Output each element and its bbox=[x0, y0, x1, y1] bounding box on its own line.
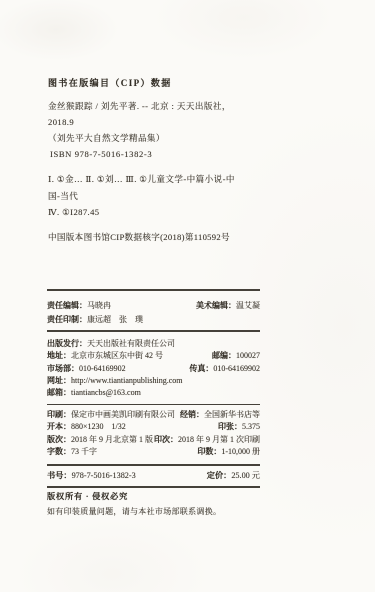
copyright-section: 版权所有 · 侵权必究 如有印装质量问题，请与本社市场部联系调换。 bbox=[47, 491, 260, 517]
printer-row: 印刷：保定市中画美凯印刷有限公司 经销：全国新华书店等 bbox=[47, 409, 260, 421]
cip-year-line: 2018.9 bbox=[48, 115, 266, 131]
email-label: 邮箱： bbox=[47, 388, 71, 397]
edition-row: 版次：2018 年 9 月北京第 1 版 印次：2018 年 9 月第 1 次印… bbox=[47, 434, 260, 446]
booknumber-row: 书号：978-7-5016-1382-3 定价：25.00 元 bbox=[47, 470, 260, 481]
publisher-value: 天天出版社有限责任公司 bbox=[87, 339, 175, 348]
cip-header: 图书在版编目（CIP）数据 bbox=[48, 76, 172, 89]
cip-register-number: 中国版本图书馆CIP数据核字(2018)第110592号 bbox=[48, 231, 266, 243]
format-label: 开本： bbox=[47, 422, 71, 431]
address-row: 地址：北京市东城区东中街 42 号 邮编：100027 bbox=[47, 350, 260, 362]
distributor-field: 经销：全国新华书店等 bbox=[180, 409, 260, 421]
wordcount-label: 字数： bbox=[47, 447, 71, 456]
printer-value: 保定市中画美凯印刷有限公司 bbox=[71, 410, 175, 419]
printing-section: 印刷：保定市中画美凯印刷有限公司 经销：全国新华书店等 开本：880×1230 … bbox=[47, 409, 260, 459]
cip-entry: 金丝猴跟踪 / 刘先平著. -- 北京 : 天天出版社， 2018.9 （刘先平… bbox=[48, 99, 266, 163]
printer-field: 印刷：保定市中画美凯印刷有限公司 bbox=[47, 409, 175, 421]
edition-field: 版次：2018 年 9 月北京第 1 版 bbox=[47, 434, 153, 446]
wordcount-value: 73 千字 bbox=[71, 447, 97, 456]
impression-field: 印次：2018 年 9 月第 1 次印刷 bbox=[154, 434, 260, 446]
publisher-field: 出版发行：天天出版社有限责任公司 bbox=[47, 338, 175, 350]
wordcount-row: 字数：73 千字 印数：1-10,000 册 bbox=[47, 446, 260, 458]
responsible-editor: 责任编辑：马晓冉 bbox=[47, 299, 111, 313]
marketing-phone-field: 市场部：010-64169902 bbox=[47, 363, 126, 375]
cip-class-line-2: 国-当代 bbox=[48, 188, 266, 205]
postcode-label: 邮编： bbox=[212, 351, 236, 360]
address-field: 地址：北京市东城区东中街 42 号 bbox=[47, 350, 163, 362]
booknumber-section: 书号：978-7-5016-1382-3 定价：25.00 元 bbox=[47, 470, 260, 481]
distributor-value: 全国新华书店等 bbox=[204, 410, 260, 419]
printer-label: 印刷： bbox=[47, 410, 71, 419]
divider bbox=[47, 330, 260, 332]
copyright-notice: 版权所有 · 侵权必究 bbox=[47, 491, 260, 502]
print-supervisor: 责任印制：康远超 张 璞 bbox=[47, 313, 143, 327]
publisher-row: 出版发行：天天出版社有限责任公司 bbox=[47, 338, 260, 350]
printrun-value: 1-10,000 册 bbox=[221, 447, 260, 456]
price-value: 25.00 元 bbox=[231, 471, 260, 480]
marketing-phone-value: 010-64169902 bbox=[79, 364, 126, 373]
postcode-value: 100027 bbox=[236, 351, 260, 360]
email-row: 邮箱：tiantiancbs@163.com bbox=[47, 387, 260, 399]
postcode-field: 邮编：100027 bbox=[212, 350, 260, 362]
fax-value: 010-64169902 bbox=[213, 364, 260, 373]
website-label: 网址： bbox=[47, 376, 71, 385]
distributor-label: 经销： bbox=[180, 410, 204, 419]
printrun-field: 印数：1-10,000 册 bbox=[197, 446, 260, 458]
sheets-value: 5.375 bbox=[242, 422, 260, 431]
format-value: 880×1230 1/32 bbox=[71, 422, 126, 431]
price-label: 定价： bbox=[207, 471, 232, 480]
edition-value: 2018 年 9 月北京第 1 版 bbox=[71, 435, 153, 444]
art-editor-label: 美术编辑： bbox=[196, 301, 236, 310]
sheets-field: 印张：5.375 bbox=[218, 421, 260, 433]
editors-row-1: 责任编辑：马晓冉 美术编辑：温艾凝 bbox=[47, 299, 260, 313]
impression-value: 2018 年 9 月第 1 次印刷 bbox=[178, 435, 260, 444]
book-copyright-page: 图书在版编目（CIP）数据 金丝猴跟踪 / 刘先平著. -- 北京 : 天天出版… bbox=[0, 0, 375, 592]
editors-section: 责任编辑：马晓冉 美术编辑：温艾凝 责任印制：康远超 张 璞 bbox=[47, 299, 260, 327]
sheets-label: 印张： bbox=[218, 422, 242, 431]
format-field: 开本：880×1230 1/32 bbox=[47, 421, 126, 433]
cip-classification: Ⅰ. ①金… Ⅱ. ①刘… Ⅲ. ①儿童文学-中篇小说-中 国-当代 Ⅳ. ①I… bbox=[48, 171, 266, 221]
booknumber-value: 978-7-5016-1382-3 bbox=[72, 471, 136, 480]
booknumber-label: 书号： bbox=[47, 471, 72, 480]
website-row: 网址：http://www.tiantianpublishing.com bbox=[47, 375, 260, 387]
cip-class-line-1: Ⅰ. ①金… Ⅱ. ①刘… Ⅲ. ①儿童文学-中篇小说-中 bbox=[48, 171, 266, 188]
cip-class-line-3: Ⅳ. ①I287.45 bbox=[48, 204, 266, 221]
impression-label: 印次： bbox=[154, 435, 178, 444]
booknumber-field: 书号：978-7-5016-1382-3 bbox=[47, 470, 136, 481]
art-editor: 美术编辑：温艾凝 bbox=[196, 299, 260, 313]
responsible-editor-label: 责任编辑： bbox=[47, 301, 87, 310]
divider bbox=[47, 486, 260, 488]
email-field: 邮箱：tiantiancbs@163.com bbox=[47, 387, 141, 399]
responsible-editor-name: 马晓冉 bbox=[87, 301, 111, 310]
publisher-label: 出版发行： bbox=[47, 339, 87, 348]
cip-isbn-line: ISBN 978-7-5016-1382-3 bbox=[48, 147, 266, 163]
format-row: 开本：880×1230 1/32 印张：5.375 bbox=[47, 421, 260, 433]
printrun-label: 印数： bbox=[197, 447, 221, 456]
divider bbox=[47, 289, 260, 291]
quality-exchange-note: 如有印装质量问题，请与本社市场部联系调换。 bbox=[47, 506, 260, 517]
cip-title-line: 金丝猴跟踪 / 刘先平著. -- 北京 : 天天出版社， bbox=[48, 99, 266, 115]
fax-field: 传真：010-64169902 bbox=[189, 363, 260, 375]
edition-label: 版次： bbox=[47, 435, 71, 444]
email-value: tiantiancbs@163.com bbox=[71, 388, 141, 397]
art-editor-name: 温艾凝 bbox=[236, 301, 260, 310]
marketing-row: 市场部：010-64169902 传真：010-64169902 bbox=[47, 363, 260, 375]
divider bbox=[47, 464, 260, 466]
website-field: 网址：http://www.tiantianpublishing.com bbox=[47, 375, 182, 387]
print-supervisor-names: 康远超 张 璞 bbox=[87, 315, 143, 324]
address-label: 地址： bbox=[47, 351, 71, 360]
editors-row-2: 责任印制：康远超 张 璞 bbox=[47, 313, 260, 327]
print-supervisor-label: 责任印制： bbox=[47, 315, 87, 324]
divider bbox=[47, 404, 260, 406]
cip-series-line: （刘先平大自然文学精品集） bbox=[48, 131, 266, 147]
wordcount-field: 字数：73 千字 bbox=[47, 446, 97, 458]
marketing-phone-label: 市场部： bbox=[47, 364, 79, 373]
publisher-section: 出版发行：天天出版社有限责任公司 地址：北京市东城区东中街 42 号 邮编：10… bbox=[47, 338, 260, 399]
address-value: 北京市东城区东中街 42 号 bbox=[71, 351, 163, 360]
fax-label: 传真： bbox=[189, 364, 213, 373]
price-field: 定价：25.00 元 bbox=[207, 470, 260, 481]
website-value: http://www.tiantianpublishing.com bbox=[71, 376, 182, 385]
